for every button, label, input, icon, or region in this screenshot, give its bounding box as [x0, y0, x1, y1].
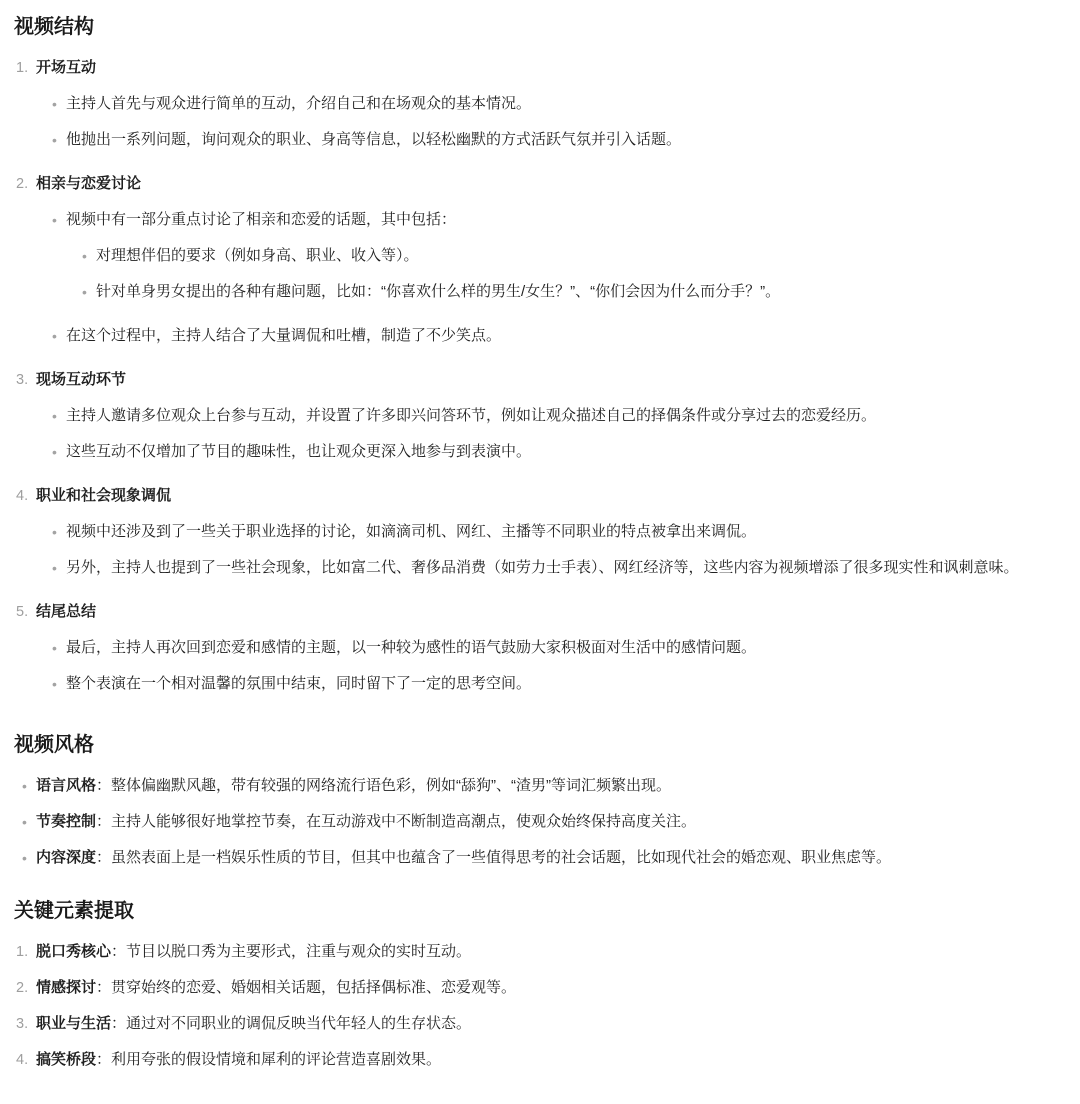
item-text: 视频中有一部分重点讨论了相亲和恋爱的话题，其中包括： [66, 211, 456, 228]
section-heading: 视频结构 [14, 14, 1066, 40]
item-content: 最后，主持人再次回到恋爱和感情的主题，以一种较为感性的语气鼓励大家积极面对生活中… [66, 634, 1066, 662]
item-title: 现场互动环节 [36, 371, 126, 388]
section-heading: 视频风格 [14, 732, 1066, 758]
bullet-icon: • [82, 242, 90, 270]
item-title: 开场互动 [36, 59, 96, 76]
list-item: •语言风格：整体偏幽默风趣，带有较强的网络流行语色彩，例如“舔狗”、“渣男”等词… [22, 772, 1066, 800]
list-item: •另外，主持人也提到了一些社会现象，比如富二代、奢侈品消费（如劳力士手表）、网红… [52, 554, 1066, 582]
item-content: 搞笑桥段：利用夸张的假设情境和犀利的评论营造喜剧效果。 [36, 1046, 1066, 1074]
list-item: •这些互动不仅增加了节目的趣味性，也让观众更深入地参与到表演中。 [52, 438, 1066, 466]
item-text: ：通过对不同职业的调侃反映当代年轻人的生存状态。 [111, 1015, 471, 1032]
bullet-icon: • [52, 206, 60, 234]
list-item: 4.搞笑桥段：利用夸张的假设情境和犀利的评论营造喜剧效果。 [16, 1046, 1066, 1074]
item-text: ：整体偏幽默风趣，带有较强的网络流行语色彩，例如“舔狗”、“渣男”等词汇频繁出现… [96, 777, 671, 794]
item-content: 对理想伴侣的要求（例如身高、职业、收入等）。 [96, 242, 1066, 270]
item-title: 职业与生活 [36, 1015, 111, 1032]
bullet-icon: • [52, 322, 60, 350]
item-text: 对理想伴侣的要求（例如身高、职业、收入等）。 [96, 247, 419, 264]
number-marker: 2. [16, 170, 31, 198]
number-marker: 4. [16, 482, 31, 510]
list-item: •对理想伴侣的要求（例如身高、职业、收入等）。 [82, 242, 1066, 270]
bullet-list: •对理想伴侣的要求（例如身高、职业、收入等）。•针对单身男女提出的各种有趣问题，… [66, 242, 1066, 306]
list-item: •主持人邀请多位观众上台参与互动，并设置了许多即兴问答环节，例如让观众描述自己的… [52, 402, 1066, 430]
section-heading: 关键元素提取 [14, 898, 1066, 924]
item-content: 情感探讨：贯穿始终的恋爱、婚姻相关话题，包括择偶标准、恋爱观等。 [36, 974, 1066, 1002]
ordered-list: 1.脱口秀核心：节目以脱口秀为主要形式，注重与观众的实时互动。2.情感探讨：贯穿… [14, 938, 1066, 1074]
bullet-list: •主持人邀请多位观众上台参与互动，并设置了许多即兴问答环节，例如让观众描述自己的… [36, 402, 1066, 466]
number-marker: 3. [16, 1010, 31, 1038]
number-marker: 5. [16, 598, 31, 626]
bullet-icon: • [82, 278, 90, 306]
number-marker: 4. [16, 1046, 31, 1074]
list-item: •主持人首先与观众进行简单的互动，介绍自己和在场观众的基本情况。 [52, 90, 1066, 118]
list-item: 4.职业和社会现象调侃•视频中还涉及到了一些关于职业选择的讨论，如滴滴司机、网红… [16, 482, 1066, 590]
item-text: 主持人首先与观众进行简单的互动，介绍自己和在场观众的基本情况。 [66, 95, 531, 112]
item-content: 主持人首先与观众进行简单的互动，介绍自己和在场观众的基本情况。 [66, 90, 1066, 118]
bullet-icon: • [52, 438, 60, 466]
list-item: 3.职业与生活：通过对不同职业的调侃反映当代年轻人的生存状态。 [16, 1010, 1066, 1038]
item-title: 内容深度 [36, 849, 96, 866]
number-marker: 3. [16, 366, 31, 394]
list-item: •他抛出一系列问题，询问观众的职业、身高等信息，以轻松幽默的方式活跃气氛并引入话… [52, 126, 1066, 154]
item-content: 在这个过程中，主持人结合了大量调侃和吐槽，制造了不少笑点。 [66, 322, 1066, 350]
item-text: 针对单身男女提出的各种有趣问题，比如：“你喜欢什么样的男生/女生？”、“你们会因… [96, 283, 780, 300]
bullet-icon: • [52, 126, 60, 154]
bullet-list: •语言风格：整体偏幽默风趣，带有较强的网络流行语色彩，例如“舔狗”、“渣男”等词… [14, 772, 1066, 872]
item-title: 语言风格 [36, 777, 96, 794]
bullet-icon: • [52, 634, 60, 662]
list-item: •整个表演在一个相对温馨的氛围中结束，同时留下了一定的思考空间。 [52, 670, 1066, 698]
section-list: •语言风格：整体偏幽默风趣，带有较强的网络流行语色彩，例如“舔狗”、“渣男”等词… [14, 772, 1066, 872]
list-item: •最后，主持人再次回到恋爱和感情的主题，以一种较为感性的语气鼓励大家积极面对生活… [52, 634, 1066, 662]
bullet-icon: • [52, 670, 60, 698]
item-text: 他抛出一系列问题，询问观众的职业、身高等信息，以轻松幽默的方式活跃气氛并引入话题… [66, 131, 681, 148]
number-marker: 2. [16, 974, 31, 1002]
bullet-list: •视频中有一部分重点讨论了相亲和恋爱的话题，其中包括：•对理想伴侣的要求（例如身… [36, 206, 1066, 350]
item-content: 脱口秀核心：节目以脱口秀为主要形式，注重与观众的实时互动。 [36, 938, 1066, 966]
list-item: 5.结尾总结•最后，主持人再次回到恋爱和感情的主题，以一种较为感性的语气鼓励大家… [16, 598, 1066, 706]
item-content: 职业与生活：通过对不同职业的调侃反映当代年轻人的生存状态。 [36, 1010, 1066, 1038]
item-content: 他抛出一系列问题，询问观众的职业、身高等信息，以轻松幽默的方式活跃气氛并引入话题… [66, 126, 1066, 154]
item-title: 职业和社会现象调侃 [36, 487, 171, 504]
list-item: 1.开场互动•主持人首先与观众进行简单的互动，介绍自己和在场观众的基本情况。•他… [16, 54, 1066, 162]
section-list: 1.开场互动•主持人首先与观众进行简单的互动，介绍自己和在场观众的基本情况。•他… [14, 54, 1066, 706]
item-content: 现场互动环节•主持人邀请多位观众上台参与互动，并设置了许多即兴问答环节，例如让观… [36, 366, 1066, 474]
list-item: •节奏控制：主持人能够很好地掌控节奏，在互动游戏中不断制造高潮点，使观众始终保持… [22, 808, 1066, 836]
item-title: 节奏控制 [36, 813, 96, 830]
list-item: 2.相亲与恋爱讨论•视频中有一部分重点讨论了相亲和恋爱的话题，其中包括：•对理想… [16, 170, 1066, 358]
item-content: 相亲与恋爱讨论•视频中有一部分重点讨论了相亲和恋爱的话题，其中包括：•对理想伴侣… [36, 170, 1066, 358]
bullet-icon: • [22, 808, 30, 836]
item-content: 语言风格：整体偏幽默风趣，带有较强的网络流行语色彩，例如“舔狗”、“渣男”等词汇… [36, 772, 1066, 800]
item-text: 主持人邀请多位观众上台参与互动，并设置了许多即兴问答环节，例如让观众描述自己的择… [66, 407, 876, 424]
item-text: 视频中还涉及到了一些关于职业选择的讨论，如滴滴司机、网红、主播等不同职业的特点被… [66, 523, 756, 540]
item-title: 脱口秀核心 [36, 943, 111, 960]
item-content: 这些互动不仅增加了节目的趣味性，也让观众更深入地参与到表演中。 [66, 438, 1066, 466]
document-page: { "colors": { "background": "#ffffff", "… [0, 0, 1080, 1104]
item-content: 另外，主持人也提到了一些社会现象，比如富二代、奢侈品消费（如劳力士手表）、网红经… [66, 554, 1066, 582]
list-item: 2.情感探讨：贯穿始终的恋爱、婚姻相关话题，包括择偶标准、恋爱观等。 [16, 974, 1066, 1002]
item-content: 职业和社会现象调侃•视频中还涉及到了一些关于职业选择的讨论，如滴滴司机、网红、主… [36, 482, 1066, 590]
item-title: 情感探讨 [36, 979, 96, 996]
item-title: 搞笑桥段 [36, 1051, 96, 1068]
item-text: 最后，主持人再次回到恋爱和感情的主题，以一种较为感性的语气鼓励大家积极面对生活中… [66, 639, 756, 656]
item-content: 节奏控制：主持人能够很好地掌控节奏，在互动游戏中不断制造高潮点，使观众始终保持高… [36, 808, 1066, 836]
item-content: 视频中还涉及到了一些关于职业选择的讨论，如滴滴司机、网红、主播等不同职业的特点被… [66, 518, 1066, 546]
bullet-list: •最后，主持人再次回到恋爱和感情的主题，以一种较为感性的语气鼓励大家积极面对生活… [36, 634, 1066, 698]
item-content: 针对单身男女提出的各种有趣问题，比如：“你喜欢什么样的男生/女生？”、“你们会因… [96, 278, 1066, 306]
bullet-list: •视频中还涉及到了一些关于职业选择的讨论，如滴滴司机、网红、主播等不同职业的特点… [36, 518, 1066, 582]
item-text: ：虽然表面上是一档娱乐性质的节目，但其中也蕴含了一些值得思考的社会话题，比如现代… [96, 849, 891, 866]
item-content: 视频中有一部分重点讨论了相亲和恋爱的话题，其中包括：•对理想伴侣的要求（例如身高… [66, 206, 1066, 314]
item-content: 结尾总结•最后，主持人再次回到恋爱和感情的主题，以一种较为感性的语气鼓励大家积极… [36, 598, 1066, 706]
list-item: 3.现场互动环节•主持人邀请多位观众上台参与互动，并设置了许多即兴问答环节，例如… [16, 366, 1066, 474]
item-text: 这些互动不仅增加了节目的趣味性，也让观众更深入地参与到表演中。 [66, 443, 531, 460]
item-text: ：主持人能够很好地掌控节奏，在互动游戏中不断制造高潮点，使观众始终保持高度关注。 [96, 813, 696, 830]
bullet-icon: • [22, 844, 30, 872]
item-title: 结尾总结 [36, 603, 96, 620]
item-text: 另外，主持人也提到了一些社会现象，比如富二代、奢侈品消费（如劳力士手表）、网红经… [66, 559, 1019, 576]
number-marker: 1. [16, 54, 31, 82]
document-body: 视频结构 1.开场互动•主持人首先与观众进行简单的互动，介绍自己和在场观众的基本… [14, 14, 1066, 1074]
number-marker: 1. [16, 938, 31, 966]
ordered-list: 1.开场互动•主持人首先与观众进行简单的互动，介绍自己和在场观众的基本情况。•他… [14, 54, 1066, 706]
bullet-icon: • [52, 90, 60, 118]
item-content: 主持人邀请多位观众上台参与互动，并设置了许多即兴问答环节，例如让观众描述自己的择… [66, 402, 1066, 430]
item-text: ：利用夸张的假设情境和犀利的评论营造喜剧效果。 [96, 1051, 441, 1068]
item-text: 在这个过程中，主持人结合了大量调侃和吐槽，制造了不少笑点。 [66, 327, 501, 344]
section-key-elements: 关键元素提取 1.脱口秀核心：节目以脱口秀为主要形式，注重与观众的实时互动。2.… [14, 898, 1066, 1074]
section-list: 1.脱口秀核心：节目以脱口秀为主要形式，注重与观众的实时互动。2.情感探讨：贯穿… [14, 938, 1066, 1074]
section-video-structure: 视频结构 1.开场互动•主持人首先与观众进行简单的互动，介绍自己和在场观众的基本… [14, 14, 1066, 706]
section-video-style: 视频风格 •语言风格：整体偏幽默风趣，带有较强的网络流行语色彩，例如“舔狗”、“… [14, 732, 1066, 872]
list-item: •针对单身男女提出的各种有趣问题，比如：“你喜欢什么样的男生/女生？”、“你们会… [82, 278, 1066, 306]
list-item: •视频中还涉及到了一些关于职业选择的讨论，如滴滴司机、网红、主播等不同职业的特点… [52, 518, 1066, 546]
item-text: ：贯穿始终的恋爱、婚姻相关话题，包括择偶标准、恋爱观等。 [96, 979, 516, 996]
list-item: •视频中有一部分重点讨论了相亲和恋爱的话题，其中包括：•对理想伴侣的要求（例如身… [52, 206, 1066, 314]
bullet-icon: • [22, 772, 30, 800]
item-content: 整个表演在一个相对温馨的氛围中结束，同时留下了一定的思考空间。 [66, 670, 1066, 698]
item-text: 整个表演在一个相对温馨的氛围中结束，同时留下了一定的思考空间。 [66, 675, 531, 692]
list-item: 1.脱口秀核心：节目以脱口秀为主要形式，注重与观众的实时互动。 [16, 938, 1066, 966]
list-item: •内容深度：虽然表面上是一档娱乐性质的节目，但其中也蕴含了一些值得思考的社会话题… [22, 844, 1066, 872]
item-title: 相亲与恋爱讨论 [36, 175, 141, 192]
bullet-list: •主持人首先与观众进行简单的互动，介绍自己和在场观众的基本情况。•他抛出一系列问… [36, 90, 1066, 154]
bullet-icon: • [52, 518, 60, 546]
list-item: •在这个过程中，主持人结合了大量调侃和吐槽，制造了不少笑点。 [52, 322, 1066, 350]
item-content: 开场互动•主持人首先与观众进行简单的互动，介绍自己和在场观众的基本情况。•他抛出… [36, 54, 1066, 162]
bullet-icon: • [52, 402, 60, 430]
item-text: ：节目以脱口秀为主要形式，注重与观众的实时互动。 [111, 943, 471, 960]
item-content: 内容深度：虽然表面上是一档娱乐性质的节目，但其中也蕴含了一些值得思考的社会话题，… [36, 844, 1066, 872]
bullet-icon: • [52, 554, 60, 582]
